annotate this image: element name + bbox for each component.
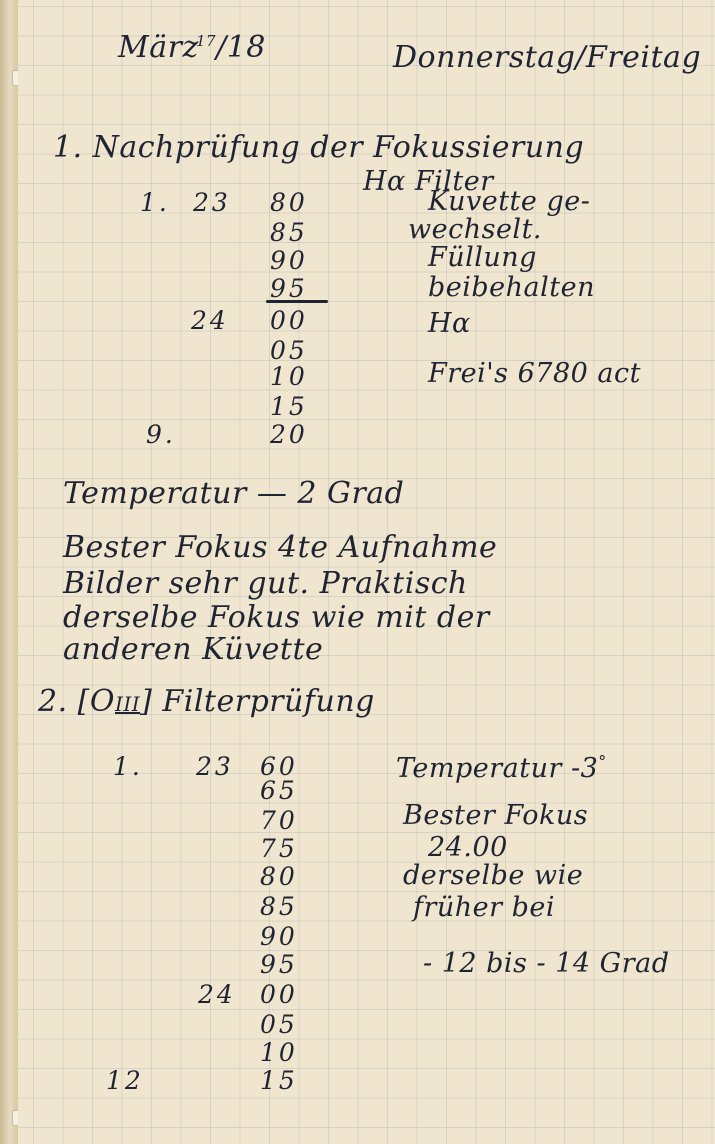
- header-month: März: [118, 30, 199, 65]
- row-note: beibehalten: [428, 272, 595, 303]
- section2-roman: III: [115, 692, 140, 716]
- row-note: wechselt.: [408, 214, 542, 245]
- row-index: 1.: [140, 188, 170, 217]
- row-minute: 75: [260, 834, 298, 863]
- row-index: 1.: [113, 752, 143, 781]
- row-minute: 65: [260, 776, 298, 805]
- row-minute: 20: [270, 420, 308, 449]
- row-minute: 15: [270, 392, 308, 421]
- row-minute: 85: [260, 892, 298, 921]
- row-minute: 85: [270, 218, 308, 247]
- row-note: derselbe wie: [403, 860, 583, 891]
- header-date-rest: /18: [216, 30, 266, 65]
- summary-line: anderen Küvette: [63, 632, 323, 667]
- row-note: Temperatur -3°: [396, 752, 607, 784]
- row-note: Kuvette ge-: [428, 186, 590, 217]
- row-minute: 80: [260, 862, 298, 891]
- row-minute: 90: [270, 246, 308, 275]
- header-dates: 17/18: [196, 30, 266, 65]
- section2-prefix: 2. [O: [38, 684, 115, 719]
- row-note: Frei's 6780 act: [428, 358, 641, 389]
- row-minute: 90: [260, 922, 298, 951]
- row-note: Füllung: [428, 242, 537, 273]
- row-minute: 95: [260, 950, 298, 979]
- row-minute: 10: [270, 362, 308, 391]
- section1-temperature: Temperatur — 2 Grad: [63, 476, 404, 511]
- row-minute: 10: [260, 1038, 298, 1067]
- sum-underline: [266, 300, 328, 303]
- row-minute: 95: [270, 274, 308, 303]
- row-minute: 80: [270, 188, 308, 217]
- header-date-first: 17: [196, 32, 216, 50]
- notebook-page: März 17/18 Donnerstag/Freitag 1. Nachprü…: [18, 0, 715, 1144]
- row-index: 12: [106, 1066, 144, 1095]
- summary-line: derselbe Fokus wie mit der: [63, 600, 490, 635]
- row-index: 9.: [146, 420, 176, 449]
- row-hour: 23: [193, 188, 231, 217]
- row-minute: 00: [260, 980, 298, 1009]
- summary-line: Bester Fokus 4te Aufnahme: [63, 530, 497, 565]
- summary-line: Bilder sehr gut. Praktisch: [63, 566, 468, 601]
- row-note: 24.00: [428, 832, 508, 863]
- row-hour: 24: [191, 306, 229, 335]
- header-weekday: Donnerstag/Freitag: [393, 40, 701, 75]
- notebook-binding: [0, 0, 19, 1144]
- degree-symbol: °: [598, 752, 607, 771]
- row-minute: 00: [270, 306, 308, 335]
- row-minute: 05: [270, 336, 308, 365]
- section2-title: 2. [OIII] Filterprüfung: [38, 684, 375, 719]
- row-hour: 24: [198, 980, 236, 1009]
- row-note: - 12 bis - 14 Grad: [423, 948, 670, 979]
- section2-suffix: ] Filterprüfung: [140, 684, 375, 719]
- row-minute: 15: [260, 1066, 298, 1095]
- section1-title: 1. Nachprüfung der Fokussierung: [53, 130, 584, 165]
- row-note: Bester Fokus: [403, 800, 588, 831]
- row-hour: 23: [196, 752, 234, 781]
- row-note: früher bei: [413, 892, 555, 923]
- row-note: Hα: [428, 308, 471, 339]
- row-minute: 70: [260, 806, 298, 835]
- temperature-value: Temperatur -3: [396, 753, 598, 784]
- row-minute: 05: [260, 1010, 298, 1039]
